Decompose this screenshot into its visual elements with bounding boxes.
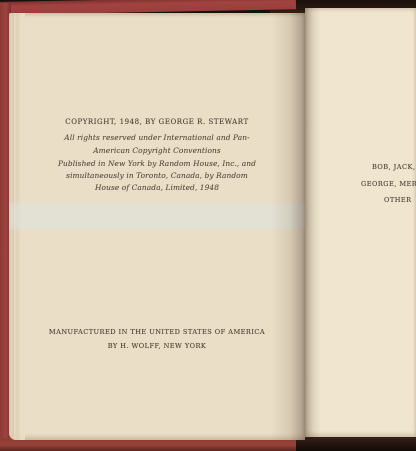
- gutter-shadow-left: [271, 13, 305, 440]
- manufactured-line-1: MANUFACTURED IN THE UNITED STATES OF AME…: [9, 328, 305, 336]
- dedication-line-3: OTHER: [384, 196, 412, 204]
- rights-line-4: simultaneously in Toronto, Canada, by Ra…: [9, 171, 305, 180]
- rights-line-1: All rights reserved under International …: [9, 133, 305, 142]
- dedication-line-2: GEORGE, MER: [361, 180, 416, 188]
- rights-line-2: American Copyright Conventions: [9, 146, 305, 155]
- gutter-shadow-right: [305, 8, 321, 437]
- dedication-page: BOB, JACK, B GEORGE, MER OTHER: [305, 8, 416, 437]
- manufactured-line-2: BY H. WOLFF, NEW YORK: [9, 342, 305, 350]
- background-shadow-bottom: [296, 435, 416, 451]
- scan-light-band: [9, 203, 305, 229]
- copyright-line: COPYRIGHT, 1948, BY GEORGE R. STEWART: [9, 118, 305, 126]
- rights-line-5: House of Canada, Limited, 1948: [9, 183, 305, 192]
- copyright-page: COPYRIGHT, 1948, BY GEORGE R. STEWART Al…: [9, 13, 305, 440]
- rights-line-3: Published in New York by Random House, I…: [9, 159, 305, 168]
- open-book-photo: COPYRIGHT, 1948, BY GEORGE R. STEWART Al…: [0, 0, 416, 451]
- dedication-line-1: BOB, JACK, B: [372, 163, 416, 171]
